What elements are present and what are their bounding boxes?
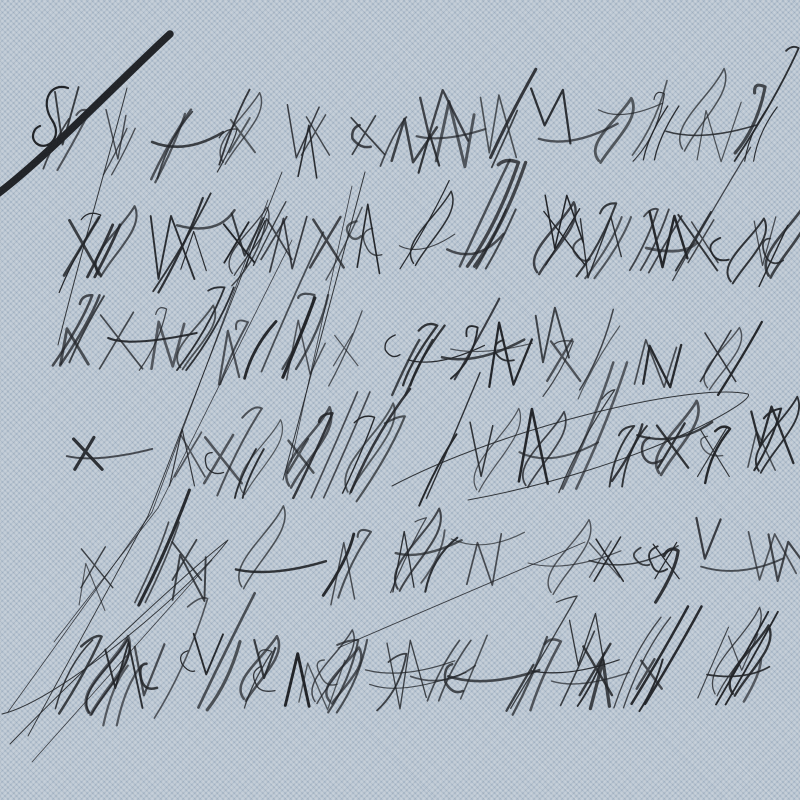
pen-stroke [392,119,437,162]
scribble-line-4 [67,363,799,506]
pen-stroke [370,673,466,689]
pen-stroke [392,340,419,395]
scribbled-note-page [0,0,800,800]
scribble-line-5 [79,490,800,610]
pen-stroke [769,534,800,581]
pen-stroke [543,341,573,397]
pen-stroke [59,213,101,292]
pen-stroke [387,640,426,709]
pen-stroke [451,343,533,351]
pen-stroke [461,635,488,699]
pen-stroke [656,549,679,602]
pen-stroke [74,437,103,469]
pen-stroke [474,408,521,491]
pen-stroke [400,181,449,269]
pen-stroke [377,654,406,711]
pen-stroke [385,335,400,357]
pen-stroke [270,217,307,272]
pen-stroke [489,323,532,387]
pen-stroke [534,202,576,274]
pen-stroke [570,614,605,667]
pen-stroke [539,124,618,142]
pen-stroke [410,191,453,265]
pen-stroke [632,81,667,156]
pen-stroke [403,324,437,385]
scribble-line-1 [43,47,798,183]
scribble-line-6 [55,593,778,725]
pen-stroke [229,118,255,152]
pen-stroke [573,238,590,261]
pen-stroke [451,326,478,379]
pen-stroke [357,416,405,501]
pen-stroke [357,204,379,273]
pen-stroke [153,193,211,291]
pen-stroke [726,612,778,705]
pen-stroke [612,424,642,481]
pen-stroke [451,532,524,545]
pen-stroke [198,593,254,707]
pen-stroke [624,617,671,708]
pen-stroke [766,198,800,278]
pen-stroke [59,636,101,713]
pen-stroke [467,534,502,585]
pen-stroke [106,110,126,159]
pen-stroke [100,312,143,368]
pen-stroke [718,322,762,395]
pen-stroke [67,449,152,459]
pen-stroke [531,89,570,144]
pen-stroke [547,339,580,381]
heavy-corner-slash [0,34,170,198]
pen-stroke [282,294,314,369]
pen-stroke [288,439,314,473]
pen-stroke [673,147,751,280]
pen-stroke [630,209,658,270]
pen-stroke [645,607,701,704]
pen-stroke [351,116,384,154]
pen-stroke [632,607,688,704]
pen-stroke [735,47,799,161]
pen-stroke [366,661,455,673]
pen-stroke [410,326,444,386]
pen-stroke [236,561,326,572]
pen-stroke [507,665,534,711]
pen-stroke [152,132,223,147]
row4-long-loop [392,392,749,500]
pen-stroke [95,225,120,277]
bottom-connector [338,542,585,648]
handwriting-canvas [0,0,800,800]
pen-stroke [563,363,614,489]
pen-stroke [599,103,663,114]
pen-stroke [421,530,445,583]
pen-stroke [207,642,240,710]
pen-stroke [310,217,344,267]
pen-stroke [420,90,468,141]
pen-stroke [519,442,598,458]
scribble-line-2 [59,147,800,292]
pen-stroke [595,98,633,162]
pen-stroke [220,93,262,165]
pen-stroke [204,435,242,483]
pen-stroke [419,134,440,173]
pen-stroke [635,340,677,387]
pen-stroke [152,322,185,369]
pen-stroke [427,373,481,499]
pen-stroke [326,207,362,280]
pen-stroke [705,427,730,483]
pen-stroke [240,420,283,495]
long-drag-b [8,200,268,712]
pen-stroke [468,160,519,266]
pen-stroke [139,490,190,605]
pen-stroke [701,558,783,571]
pen-stroke [239,506,285,589]
pen-stroke [301,115,329,155]
pen-stroke [548,520,591,595]
pen-stroke [331,543,355,605]
pen-stroke [680,69,726,152]
pen-stroke [334,334,359,366]
pen-stroke [710,238,728,260]
pen-stroke [696,518,720,559]
pen-stroke [285,654,309,707]
pen-stroke [108,333,196,342]
